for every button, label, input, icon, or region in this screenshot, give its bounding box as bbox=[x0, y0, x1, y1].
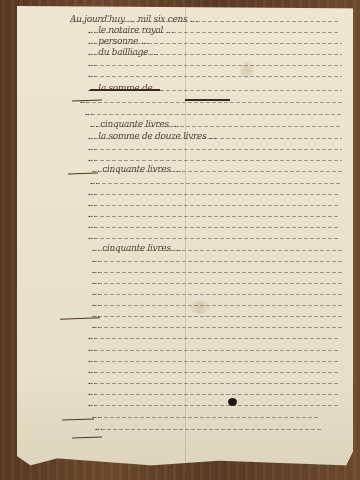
manuscript-line: ... bbox=[80, 95, 342, 107]
manuscript-line: ... bbox=[88, 69, 342, 81]
manuscript-line: ... bbox=[85, 107, 342, 119]
manuscript-line: ... cinquante livres ... bbox=[90, 119, 342, 131]
manuscript-line: ... bbox=[88, 398, 338, 410]
manuscript-line: ... bbox=[88, 331, 338, 343]
manuscript-line: ... bbox=[92, 410, 320, 422]
manuscript-line: ... bbox=[88, 231, 340, 243]
manuscript-line: ... bbox=[95, 422, 323, 434]
struck-out-text bbox=[90, 89, 160, 91]
manuscript-line: ... cinquante livres ... bbox=[92, 164, 342, 176]
struck-out-text bbox=[185, 99, 230, 101]
